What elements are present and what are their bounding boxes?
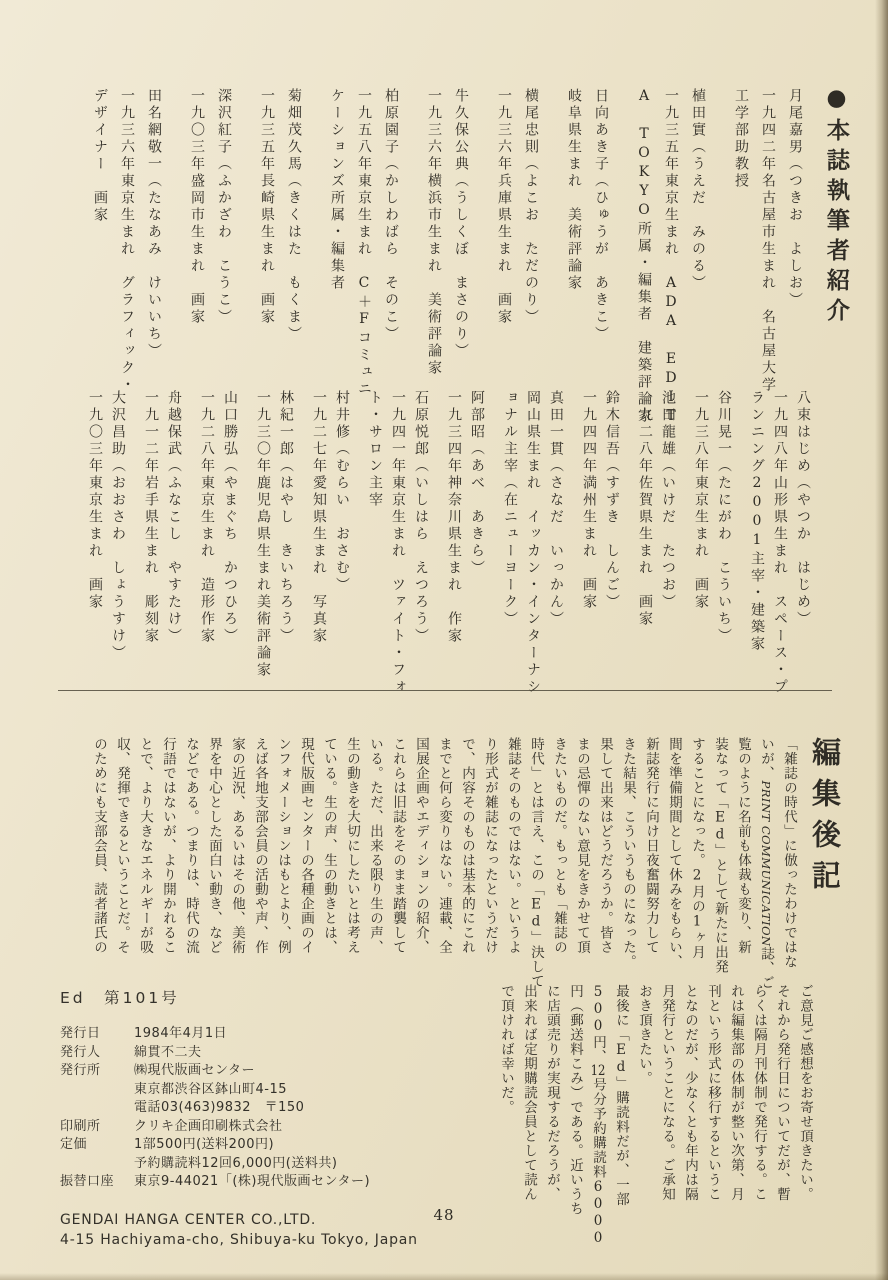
text-line: 国展企画やエディションの紹介、 — [409, 737, 432, 979]
contributor-entry: 菊畑茂久馬（きくはた もくま）一九三五年長崎県生まれ 画家 — [253, 88, 307, 402]
contributor-entry: 植田實（うえだ みのる）一九三五年東京生まれ ADA EDITA TOKYO所属… — [630, 88, 711, 402]
text-line: 家の近況、あるいはその他、美術 — [225, 737, 248, 979]
colophon-label: 振替口座 — [60, 1173, 134, 1192]
contributor-line: 一九三六年東京生まれ グラフィック・ — [113, 88, 140, 402]
contributor-line: 一九三六年兵庫県生まれ 画家 — [490, 88, 517, 402]
colophon-value: 東京9-44021「(株)現代版画センター) — [134, 1173, 440, 1192]
contributor-line: 菊畑茂久馬（きくはた もくま） — [280, 88, 307, 402]
contributor-line: 一九二八年佐賀県生まれ 画家 — [633, 390, 656, 704]
text-line: ンフォメーションはもとより、例 — [271, 737, 294, 979]
contributor-line: 岡山県生まれ イッカン・インターナシ — [521, 390, 544, 704]
styled-text-run: 12 — [590, 1064, 606, 1078]
contributor-line: ト・サロン主宰 — [363, 390, 386, 704]
contributor-entry: 林紀一郎（はやし きいちろう）一九三〇年鹿児島県生まれ美術評論家 — [251, 390, 297, 704]
contributor-line: 一九四二年名古屋市生まれ 名古屋大学 — [754, 88, 781, 402]
contributor-line: 一九二七年愛知県生まれ 写真家 — [307, 390, 330, 704]
section-divider — [58, 690, 832, 691]
contributor-line: 一九四一年東京生まれ ツァイト・フォ — [386, 390, 409, 704]
text-line: となのだが、少なくとも年内は隔 — [678, 984, 701, 1226]
text-line: いる。ただ、出来る限り生の声、 — [363, 737, 386, 979]
contributor-line: 深沢紅子（ふかざわ こうこ） — [210, 88, 237, 402]
text-line: などである。つまりは、時代の流 — [179, 737, 202, 979]
text-line: きた結果、こういうものになった。 — [616, 737, 639, 979]
contributor-entry: 谷川晃一（たにがわ こういち）一九三八年東京生まれ 画家 — [689, 390, 735, 704]
text-line: えば各地支部会員の活動や声、作 — [248, 737, 271, 979]
contributor-line: 谷川晃一（たにがわ こういち） — [712, 390, 735, 704]
text-line: 円（郵送料こみ）である。近いうち — [563, 984, 586, 1226]
text-line: これらは旧誌をそのまま踏襲して — [386, 737, 409, 979]
magazine-page: ●本誌執筆者紹介 月尾嘉男（つきお よしお）一九四二年名古屋市生まれ 名古屋大学… — [0, 0, 888, 1280]
colophon-value: 東京都渋谷区鉢山町4-15 — [134, 1081, 440, 1100]
colophon-label — [60, 1081, 134, 1100]
contributor-line: 鈴木信吾（すずき しんご） — [600, 390, 623, 704]
text-line: らくは隔月刊体制で発行する。こ — [747, 984, 770, 1226]
colophon-row: 発行所 ㈱現代版画センター — [60, 1062, 440, 1081]
contributor-entry: 牛久保公典（うしくぼ まさのり）一九三六年横浜市生まれ 美術評論家 — [420, 88, 474, 402]
contributor-line: 一九三〇年鹿児島県生まれ美術評論家 — [251, 390, 274, 704]
contributor-entry: 深沢紅子（ふかざわ こうこ）一九〇三年盛岡市生まれ 画家 — [183, 88, 237, 402]
text-line: 新誌発行に向け日夜奮闘努力して — [639, 737, 662, 979]
text-line: おき頂きたい。 — [632, 984, 655, 1226]
text-line: 果して出来はどうだろうか。皆さ — [593, 737, 616, 979]
text-line: に店頭売りが実現するだろうが、 — [540, 984, 563, 1226]
text-line: 月発行ということになる。ご承知 — [655, 984, 678, 1226]
colophon-row: 予約購読料12回6,000円(送料共) — [60, 1155, 440, 1174]
text-line: ご意見ご感想をお寄せ頂きたい。 — [793, 984, 816, 1226]
text-line: 生の動きを大切にしたいとは考え — [340, 737, 363, 979]
contributor-line: ョナル主宰（在ニューヨーク） — [498, 390, 521, 704]
text-line: することになった。2月の1ヶ月 — [685, 737, 708, 979]
text-line: 出来れば定期購読会員として読ん — [517, 984, 540, 1226]
text-run: 500円、 — [590, 984, 606, 1064]
colophon-value: クリキ企画印刷株式会社 — [134, 1118, 440, 1137]
colophon-row: 発行日 1984年4月1日 — [60, 1025, 440, 1044]
contributor-line: 植田實（うえだ みのる） — [684, 88, 711, 402]
colophon-value: 電話03(463)9832 〒150 — [134, 1099, 440, 1118]
text-line: 行語ではないが、より開かれるこ — [156, 737, 179, 979]
contributor-line: 一九二八年東京生まれ 造形作家 — [195, 390, 218, 704]
colophon-row: 東京都渋谷区鉢山町4-15 — [60, 1081, 440, 1100]
contributor-entry: 日向あき子（ひゅうが あきこ）岐阜県生まれ 美術評論家 — [560, 88, 614, 402]
text-line: それから発行日についてだが、暫 — [770, 984, 793, 1226]
contributor-line: 石原悦郎（いしはら えつろう） — [409, 390, 432, 704]
contributor-line: 一九五八年東京生まれ C＋Fコミュニ — [350, 88, 377, 402]
contributor-line: 田名網敬一（たなあみ けいいち） — [140, 88, 167, 402]
contributor-line: 一九三四年神奈川県生まれ 作家 — [442, 390, 465, 704]
text-line: で頂ければ幸いだ。 — [494, 984, 517, 1226]
colophon-value: ㈱現代版画センター — [134, 1062, 440, 1081]
editors-note-tier1: 「雑誌の時代」に倣ったわけではないが、PRINT COMMUNICATION誌、… — [87, 737, 800, 979]
editors-note-tier2: ご意見ご感想をお寄せ頂きたい。それから発行日についてだが、暫らくは隔月刊体制で発… — [494, 984, 816, 1226]
company-address-en: 4-15 Hachiyama-cho, Shibuya-ku Tokyo, Ja… — [60, 1230, 440, 1250]
contributor-line: 大沢昌助（おおさわ しょうすけ） — [106, 390, 129, 704]
contributor-line: 一九三五年東京生まれ ADA EDIT — [657, 88, 684, 402]
text-line: まの忌憚のない意見をきかせて頂 — [570, 737, 593, 979]
text-line: 500円、12号分予約購読料6000 — [586, 984, 609, 1226]
contributor-line: 一九三六年横浜市生まれ 美術評論家 — [420, 88, 447, 402]
colophon-row: 印刷所 クリキ企画印刷株式会社 — [60, 1118, 440, 1137]
text-line: れは編集部の体制が整い次第、月 — [724, 984, 747, 1226]
page-number: 48 — [0, 1206, 888, 1224]
text-line: 刊という形式に移行するというこ — [701, 984, 724, 1226]
contributor-entry: 阿部昭（あべ あきら）一九三四年神奈川県生まれ 作家 — [442, 390, 488, 704]
contributor-line: デザイナー 画家 — [86, 88, 113, 402]
contributor-entry: 横尾忠則（よこお ただのり）一九三六年兵庫県生まれ 画家 — [490, 88, 544, 402]
colophon-row: 定価 1部500円(送料200円) — [60, 1136, 440, 1155]
contributor-line: 岐阜県生まれ 美術評論家 — [560, 88, 587, 402]
contributors-heading: ●本誌執筆者紹介 — [820, 84, 853, 414]
page-bottom-shadow — [0, 1273, 888, 1280]
colophon-label — [60, 1155, 134, 1174]
contributor-entry: 柏原園子（かしわばら そのこ）一九五八年東京生まれ C＋Fコミュニケーションズ所… — [323, 88, 404, 402]
text-line: 最後に「Ed」購読料だが、一部 — [609, 984, 632, 1226]
contributor-entry: 山口勝弘（やまぐち かつひろ）一九二八年東京生まれ 造形作家 — [195, 390, 241, 704]
colophon-value: 1984年4月1日 — [134, 1025, 440, 1044]
contributor-line: 横尾忠則（よこお ただのり） — [517, 88, 544, 402]
contributor-line: 月尾嘉男（つきお よしお） — [781, 88, 808, 402]
contributor-line: 一九四八年山形県生まれ スペース・プ — [768, 390, 791, 704]
contributor-line: 日向あき子（ひゅうが あきこ） — [587, 88, 614, 402]
text-line: 覧のように名前も体裁も変り、新 — [731, 737, 754, 979]
colophon-row: 電話03(463)9832 〒150 — [60, 1099, 440, 1118]
contributor-line: 八束はじめ（やつか はじめ） — [791, 390, 814, 704]
contributor-entry: 月尾嘉男（つきお よしお）一九四二年名古屋市生まれ 名古屋大学工学部助教授 — [727, 88, 808, 402]
contributor-entry: 大沢昌助（おおさわ しょうすけ）一九〇三年東京生まれ 画家 — [83, 390, 129, 704]
colophon-label: 定価 — [60, 1136, 134, 1155]
colophon-row: 発行人 綿貫不二夫 — [60, 1044, 440, 1063]
contributor-entry: 石原悦郎（いしはら えつろう）一九四一年東京生まれ ツァイト・フォト・サロン主宰 — [363, 390, 432, 704]
colophon-value: 綿貫不二夫 — [134, 1044, 440, 1063]
text-line: とで、より大きなエネルギーが吸 — [133, 737, 156, 979]
text-line: きたいものだ。もっとも「雑誌の — [547, 737, 570, 979]
contributor-entry: 田名網敬一（たなあみ けいいち）一九三六年東京生まれ グラフィック・デザイナー … — [86, 88, 167, 402]
text-line: ている。生の声、生の動きとは、 — [317, 737, 340, 979]
text-line: 現代版画センターの各種企画のイ — [294, 737, 317, 979]
contributor-line: A TOKYO所属・編集者 建築評論家 — [630, 88, 657, 402]
contributor-line: 一九〇三年東京生まれ 画家 — [83, 390, 106, 704]
contributor-entry: 八束はじめ（やつか はじめ）一九四八年山形県生まれ スペース・プランニング200… — [745, 390, 814, 704]
colophon-value: 予約購読料12回6,000円(送料共) — [134, 1155, 440, 1174]
styled-text-run: PRINT COMMUNICATION — [759, 781, 773, 947]
colophon-label: 発行所 — [60, 1062, 134, 1081]
page-edge-shadow — [875, 0, 888, 1280]
contributor-line: 村井修（むらい おさむ） — [330, 390, 353, 704]
colophon-label: 印刷所 — [60, 1118, 134, 1137]
editors-note-heading: 編集後記 — [805, 737, 846, 957]
contributors-group-2: 八束はじめ（やつか はじめ）一九四八年山形県生まれ スペース・プランニング200… — [83, 390, 814, 704]
text-line: 間を準備期間として休みをもらい、 — [662, 737, 685, 979]
text-line: 雑誌そのものではない。というよ — [501, 737, 524, 979]
contributor-line: ランニング2001主宰・建築家 — [745, 390, 768, 704]
contributor-line: 一九一二年岩手県生まれ 彫刻家 — [139, 390, 162, 704]
colophon-rows: 発行日 1984年4月1日 発行人 綿貫不二夫 発行所 ㈱現代版画センター 東京… — [60, 1025, 440, 1192]
contributor-line: 一九〇三年盛岡市生まれ 画家 — [183, 88, 210, 402]
text-line: までと何ら変りはない。連載、全 — [432, 737, 455, 979]
contributor-line: 舟越保武（ふなこし やすたけ） — [162, 390, 185, 704]
text-line: 装なって「Ed」として新たに出発 — [708, 737, 731, 979]
colophon-label: 発行人 — [60, 1044, 134, 1063]
contributors-group-1: 月尾嘉男（つきお よしお）一九四二年名古屋市生まれ 名古屋大学工学部助教授 植田… — [86, 88, 808, 402]
issue-title: Ed 第101号 — [60, 986, 440, 1008]
contributor-entry: 真田一貫（さなだ いっかん）岡山県生まれ イッカン・インターナショナル主宰（在ニ… — [498, 390, 567, 704]
colophon-label — [60, 1099, 134, 1118]
contributor-entry: 池田龍雄（いけだ たつお）一九二八年佐賀県生まれ 画家 — [633, 390, 679, 704]
text-line: 収、発揮できるということだ。そ — [110, 737, 133, 979]
colophon-label: 発行日 — [60, 1025, 134, 1044]
text-line: のためにも支部会員、読者諸氏の — [87, 737, 110, 979]
contributor-entry: 舟越保武（ふなこし やすたけ）一九一二年岩手県生まれ 彫刻家 — [139, 390, 185, 704]
text-line: 「雑誌の時代」に倣ったわけではな — [777, 737, 800, 979]
text-line: いが、PRINT COMMUNICATION誌、ご — [754, 737, 777, 979]
text-line: 界を中心とした面白い動き、など — [202, 737, 225, 979]
colophon-row: 振替口座 東京9-44021「(株)現代版画センター) — [60, 1173, 440, 1192]
contributor-line: 山口勝弘（やまぐち かつひろ） — [218, 390, 241, 704]
contributor-line: 一九四四年満州生まれ 画家 — [577, 390, 600, 704]
contributor-line: 柏原園子（かしわばら そのこ） — [377, 88, 404, 402]
contributor-line: 一九三五年長崎県生まれ 画家 — [253, 88, 280, 402]
contributor-line: 阿部昭（あべ あきら） — [465, 390, 488, 704]
colophon-value: 1部500円(送料200円) — [134, 1136, 440, 1155]
text-run: いが、 — [758, 737, 774, 781]
text-line: 時代」とは言え、この「Ed」決して — [524, 737, 547, 979]
contributor-line: 真田一貫（さなだ いっかん） — [544, 390, 567, 704]
contributor-entry: 村井修（むらい おさむ）一九二七年愛知県生まれ 写真家 — [307, 390, 353, 704]
contributor-line: 牛久保公典（うしくぼ まさのり） — [447, 88, 474, 402]
contributor-line: 一九三八年東京生まれ 画家 — [689, 390, 712, 704]
contributor-line: 工学部助教授 — [727, 88, 754, 402]
contributor-entry: 鈴木信吾（すずき しんご）一九四四年満州生まれ 画家 — [577, 390, 623, 704]
contributor-line: 池田龍雄（いけだ たつお） — [656, 390, 679, 704]
text-line: り形式が雑誌になったというだけ — [478, 737, 501, 979]
contributor-line: 林紀一郎（はやし きいちろう） — [274, 390, 297, 704]
text-line: で、内容そのものは基本的にこれ — [455, 737, 478, 979]
contributor-line: ケーションズ所属・編集者 — [323, 88, 350, 402]
